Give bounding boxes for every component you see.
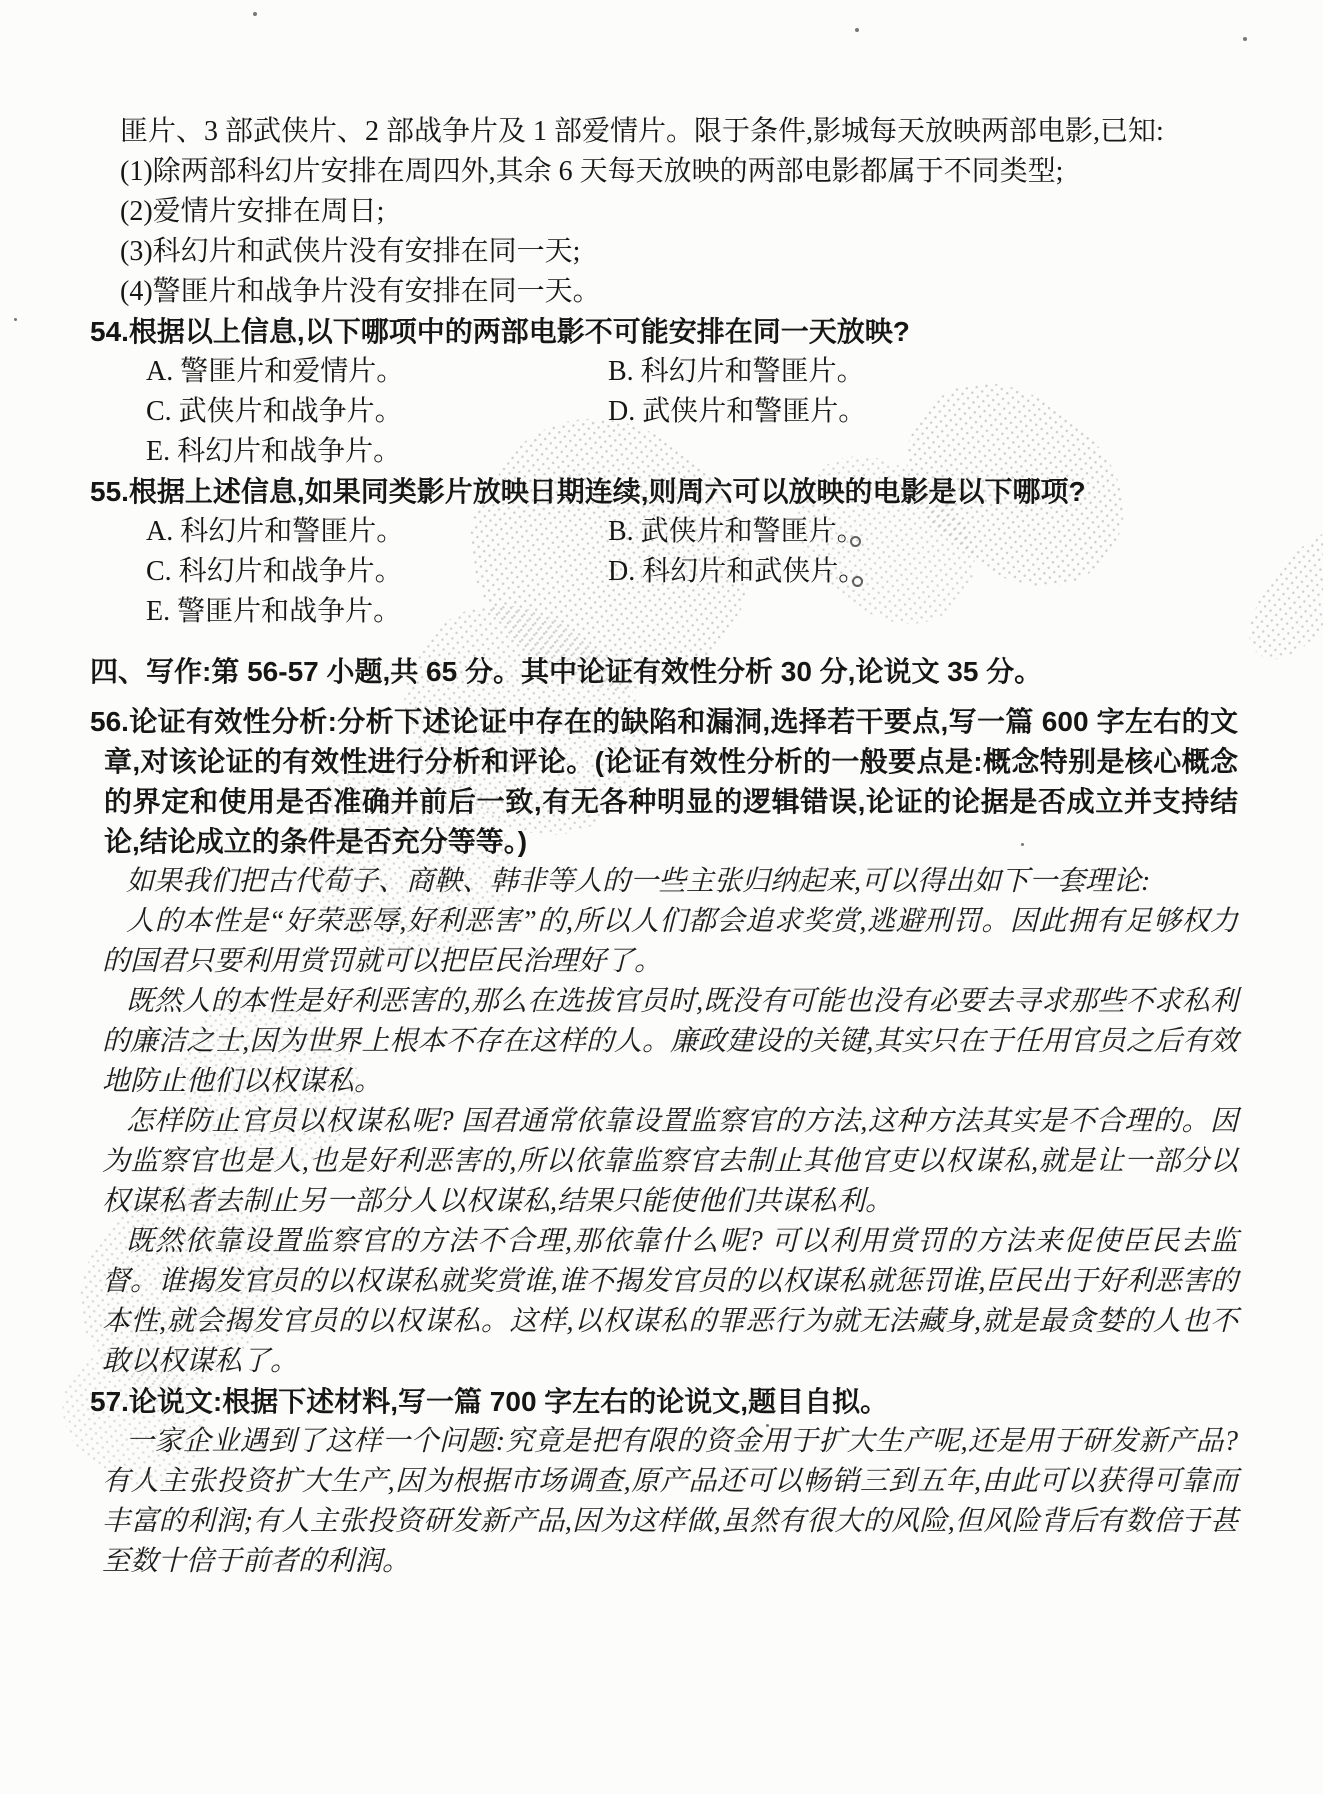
q55-option-a: A. 科幻片和警匪片。 xyxy=(146,512,608,552)
q56-instruction: 56.论证有效性分析:分析下述论证中存在的缺陷和漏洞,选择若干要点,写一篇 60… xyxy=(90,702,1238,862)
q54-option-d: D. 武侠片和警匪片。 xyxy=(608,392,1238,432)
q54-options: A. 警匪片和爱情片。 B. 科幻片和警匪片。 C. 武侠片和战争片。 D. 武… xyxy=(146,352,1238,472)
q55-option-d: D. 科幻片和武侠片。 xyxy=(608,552,1238,592)
section-4-writing-header: 四、写作:第 56-57 小题,共 65 分。其中论证有效性分析 30 分,论说… xyxy=(90,652,1238,692)
q55-options: A. 科幻片和警匪片。 B. 武侠片和警匪片。 C. 科幻片和战争片。 D. 科… xyxy=(146,512,1238,632)
q54-option-c: C. 武侠片和战争片。 xyxy=(146,392,608,432)
exam-text-block: 匪片、3 部武侠片、2 部战争片及 1 部爱情片。限于条件,影城每天放映两部电影… xyxy=(90,112,1238,1582)
puzzle-condition-4: (4)警匪片和战争片没有安排在同一天。 xyxy=(120,272,1238,312)
q55-option-b: B. 武侠片和警匪片。 xyxy=(608,512,1238,552)
q55-stem: 55.根据上述信息,如果同类影片放映日期连续,则周六可以放映的电影是以下哪项? xyxy=(90,472,1238,512)
scanned-exam-page: 匪片、3 部武侠片、2 部战争片及 1 部爱情片。限于条件,影城每天放映两部电影… xyxy=(0,0,1323,1794)
q56-passage-paragraph-1: 如果我们把古代荀子、商鞅、韩非等人的一些主张归纳起来,可以得出如下一套理论: xyxy=(102,862,1238,902)
q57-instruction: 57.论说文:根据下述材料,写一篇 700 字左右的论说文,题目自拟。 xyxy=(90,1382,1238,1422)
q55-option-spacer xyxy=(608,592,1238,632)
q56-passage-paragraph-3: 既然人的本性是好利恶害的,那么在选拔官员时,既没有可能也没有必要去寻求那些不求私… xyxy=(102,982,1238,1102)
q54-option-b: B. 科幻片和警匪片。 xyxy=(608,352,1238,392)
q54-option-a: A. 警匪片和爱情片。 xyxy=(146,352,608,392)
watermark-halftone xyxy=(1231,514,1323,675)
scan-speck xyxy=(253,12,257,16)
q54-stem: 54.根据以上信息,以下哪项中的两部电影不可能安排在同一天放映? xyxy=(90,312,1238,352)
q56-passage-paragraph-2: 人的本性是“好荣恶辱,好利恶害”的,所以人们都会追求奖赏,逃避刑罚。因此拥有足够… xyxy=(102,902,1238,982)
q55-option-c: C. 科幻片和战争片。 xyxy=(146,552,608,592)
scan-speck xyxy=(1243,37,1247,41)
q56-passage-paragraph-4: 怎样防止官员以权谋私呢? 国君通常依靠设置监察官的方法,这种方法其实是不合理的。… xyxy=(102,1102,1238,1222)
puzzle-condition-3: (3)科幻片和武侠片没有安排在同一天; xyxy=(120,232,1238,272)
q56-passage-paragraph-5: 既然依靠设置监察官的方法不合理,那依靠什么呢? 可以利用赏罚的方法来促使臣民去监… xyxy=(102,1222,1238,1382)
q57-material-paragraph: 一家企业遇到了这样一个问题:究竟是把有限的资金用于扩大生产呢,还是用于研发新产品… xyxy=(102,1422,1238,1582)
puzzle-condition-2: (2)爱情片安排在周日; xyxy=(120,192,1238,232)
puzzle-condition-1: (1)除两部科幻片安排在周四外,其余 6 天每天放映的两部电影都属于不同类型; xyxy=(120,152,1238,192)
puzzle-intro-line: 匪片、3 部武侠片、2 部战争片及 1 部爱情片。限于条件,影城每天放映两部电影… xyxy=(120,112,1238,152)
q54-option-e: E. 科幻片和战争片。 xyxy=(146,432,608,472)
q54-option-spacer xyxy=(608,432,1238,472)
scan-speck xyxy=(14,318,17,321)
scan-speck xyxy=(855,28,859,32)
q55-option-e: E. 警匪片和战争片。 xyxy=(146,592,608,632)
